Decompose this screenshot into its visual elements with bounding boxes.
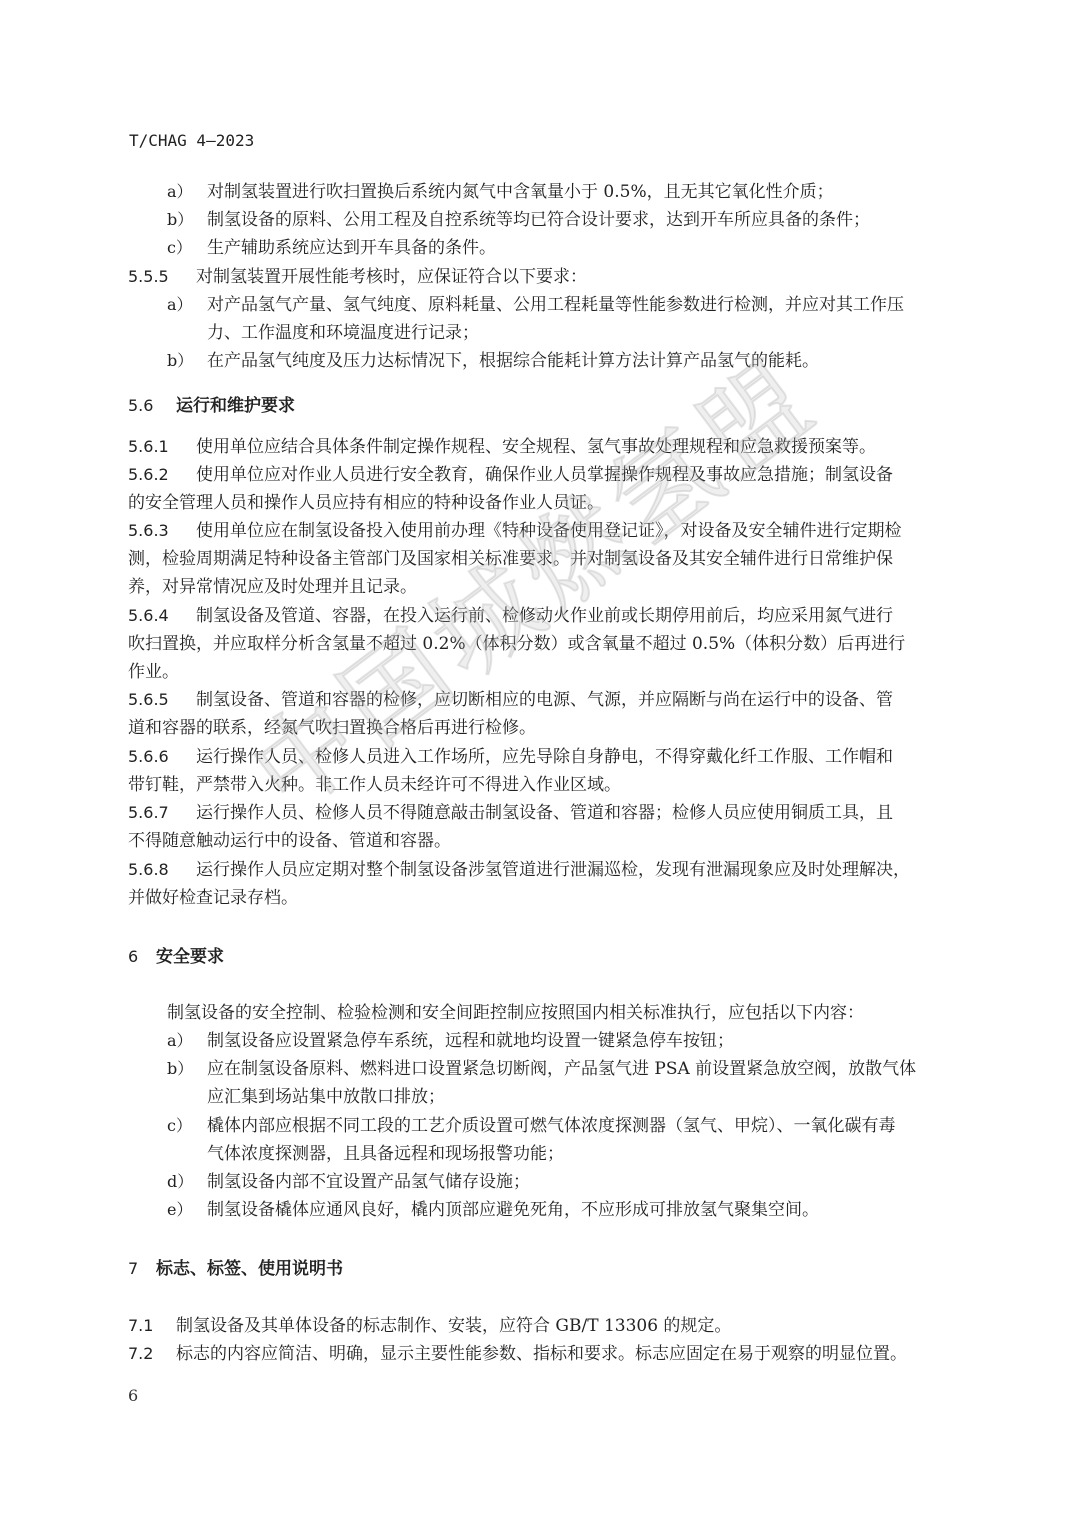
clause-5-6-5: 5.6.5制氢设备、管道和容器的检修，应切断相应的电源、气源，并应隔断与尚在运行… — [128, 690, 893, 710]
clause-text: 对制氢装置开展性能考核时，应保证符合以下要求： — [196, 267, 587, 287]
list-item: a）制氢设备应设置紧急停车系统，远程和就地均设置一键紧急停车按钮； — [167, 1031, 734, 1051]
clause-number: 7.2 — [128, 1344, 176, 1364]
clause-continuation: 作业。 — [128, 662, 179, 682]
section-number: 5.6 — [128, 396, 176, 416]
clause-continuation: 养，对异常情况应及时处理并且记录。 — [128, 577, 417, 597]
list-item: a）对制氢装置进行吹扫置换后系统内氮气中含氧量小于 0.5%，且无其它氧化性介质… — [167, 182, 834, 202]
section-number: 7 — [128, 1259, 156, 1279]
list-marker: b） — [167, 210, 207, 230]
clause-text: 运行操作人员、检修人员进入工作场所，应先导除自身静电，不得穿戴化纤工作服、工作帽… — [196, 747, 893, 767]
list-item-text: 应在制氢设备原料、燃料进口设置紧急切断阀，产品氢气进 PSA 前设置紧急放空阀，… — [207, 1059, 916, 1079]
clause-number: 5.6.8 — [128, 860, 196, 880]
clause-5-5-5: 5.5.5对制氢装置开展性能考核时，应保证符合以下要求： — [128, 267, 587, 287]
list-item: c）橇体内部应根据不同工段的工艺介质设置可燃气体浓度探测器（氢气、甲烷）、一氧化… — [167, 1116, 896, 1136]
list-item-text: 制氢设备应设置紧急停车系统，远程和就地均设置一键紧急停车按钮； — [207, 1031, 734, 1051]
list-item: e）制氢设备橇体应通风良好，橇内顶部应避免死角，不应形成可排放氢气聚集空间。 — [167, 1200, 819, 1220]
clause-number: 5.6.4 — [128, 606, 196, 626]
list-item-text: 制氢设备内部不宜设置产品氢气储存设施； — [207, 1172, 530, 1192]
section-title: 运行和维护要求 — [176, 396, 295, 416]
clause-7-2: 7.2标志的内容应简洁、明确，显示主要性能参数、指标和要求。标志应固定在易于观察… — [128, 1344, 907, 1364]
clause-text: 标志的内容应简洁、明确，显示主要性能参数、指标和要求。标志应固定在易于观察的明显… — [176, 1344, 907, 1364]
list-item-text: 生产辅助系统应达到开车具备的条件。 — [207, 238, 496, 258]
clause-text: 制氢设备及其单体设备的标志制作、安装，应符合 GB/T 13306 的规定。 — [176, 1316, 731, 1336]
clause-continuation: 的安全管理人员和操作人员应持有相应的特种设备作业人员证。 — [128, 493, 604, 513]
list-item: c）生产辅助系统应达到开车具备的条件。 — [167, 238, 496, 258]
clause-5-6-2: 5.6.2使用单位应对作业人员进行安全教育，确保作业人员掌握操作规程及事故应急措… — [128, 465, 893, 485]
list-item-continuation: 应汇集到场站集中放散口排放； — [207, 1087, 445, 1107]
clause-number: 7.1 — [128, 1316, 176, 1336]
list-marker: a） — [167, 182, 207, 202]
list-item: b）制氢设备的原料、公用工程及自控系统等均已符合设计要求，达到开车所应具备的条件… — [167, 210, 870, 230]
clause-text: 制氢设备及管道、容器，在投入运行前、检修动火作业前或长期停用前后，均应采用氮气进… — [196, 606, 893, 626]
section-intro: 制氢设备的安全控制、检验检测和安全间距控制应按照国内相关标准执行，应包括以下内容… — [167, 1003, 864, 1023]
clause-text: 运行操作人员、检修人员不得随意敲击制氢设备、管道和容器；检修人员应使用铜质工具，… — [196, 803, 893, 823]
section-heading-6: 6安全要求 — [128, 947, 224, 967]
clause-number: 5.5.5 — [128, 267, 196, 287]
list-item-text: 在产品氢气纯度及压力达标情况下，根据综合能耗计算方法计算产品氢气的能耗。 — [207, 351, 819, 371]
clause-continuation: 不得随意触动运行中的设备、管道和容器。 — [128, 831, 451, 851]
clause-number: 5.6.7 — [128, 803, 196, 823]
clause-5-6-4: 5.6.4制氢设备及管道、容器，在投入运行前、检修动火作业前或长期停用前后，均应… — [128, 606, 893, 626]
clause-number: 5.6.2 — [128, 465, 196, 485]
page-number: 6 — [128, 1386, 138, 1405]
clause-number: 5.6.1 — [128, 437, 196, 457]
section-title: 安全要求 — [156, 947, 224, 967]
list-item-text: 制氢设备橇体应通风良好，橇内顶部应避免死角，不应形成可排放氢气聚集空间。 — [207, 1200, 819, 1220]
clause-continuation: 道和容器的联系，经氮气吹扫置换合格后再进行检修。 — [128, 718, 536, 738]
section-heading-5-6: 5.6运行和维护要求 — [128, 396, 295, 416]
section-heading-7: 7标志、标签、使用说明书 — [128, 1259, 343, 1279]
list-item-text: 橇体内部应根据不同工段的工艺介质设置可燃气体浓度探测器（氢气、甲烷）、一氧化碳有… — [207, 1116, 896, 1136]
list-marker: a） — [167, 295, 207, 315]
list-item: b）应在制氢设备原料、燃料进口设置紧急切断阀，产品氢气进 PSA 前设置紧急放空… — [167, 1059, 916, 1079]
list-item-text: 制氢设备的原料、公用工程及自控系统等均已符合设计要求，达到开车所应具备的条件； — [207, 210, 870, 230]
list-item: d）制氢设备内部不宜设置产品氢气储存设施； — [167, 1172, 530, 1192]
list-marker: b） — [167, 351, 207, 371]
clause-5-6-3: 5.6.3使用单位应在制氢设备投入使用前办理《特种设备使用登记证》，对设备及安全… — [128, 521, 902, 541]
standard-id-header: T/CHAG 4—2023 — [129, 131, 254, 150]
list-item: b）在产品氢气纯度及压力达标情况下，根据综合能耗计算方法计算产品氢气的能耗。 — [167, 351, 819, 371]
document-page: T/CHAG 4—2023 a）对制氢装置进行吹扫置换后系统内氮气中含氧量小于 … — [0, 0, 1080, 1528]
list-item: a）对产品氢气产量、氢气纯度、原料耗量、公用工程耗量等性能参数进行检测，并应对其… — [167, 295, 904, 315]
section-number: 6 — [128, 947, 156, 967]
list-marker: a） — [167, 1031, 207, 1051]
list-marker: e） — [167, 1200, 207, 1220]
list-item-text: 对产品氢气产量、氢气纯度、原料耗量、公用工程耗量等性能参数进行检测，并应对其工作… — [207, 295, 904, 315]
clause-text: 使用单位应在制氢设备投入使用前办理《特种设备使用登记证》，对设备及安全辅件进行定… — [196, 521, 902, 541]
clause-5-6-7: 5.6.7运行操作人员、检修人员不得随意敲击制氢设备、管道和容器；检修人员应使用… — [128, 803, 893, 823]
clause-7-1: 7.1制氢设备及其单体设备的标志制作、安装，应符合 GB/T 13306 的规定… — [128, 1316, 731, 1336]
clause-text: 使用单位应结合具体条件制定操作规程、安全规程、氢气事故处理规程和应急救援预案等。 — [196, 437, 876, 457]
clause-5-6-1: 5.6.1使用单位应结合具体条件制定操作规程、安全规程、氢气事故处理规程和应急救… — [128, 437, 876, 457]
clause-5-6-8: 5.6.8运行操作人员应定期对整个制氢设备涉氢管道进行泄漏巡检，发现有泄漏现象应… — [128, 860, 910, 880]
clause-text: 使用单位应对作业人员进行安全教育，确保作业人员掌握操作规程及事故应急措施；制氢设… — [196, 465, 893, 485]
list-item-continuation: 力、工作温度和环境温度进行记录； — [207, 323, 479, 343]
clause-continuation: 吹扫置换，并应取样分析含氢量不超过 0.2%（体积分数）或含氧量不超过 0.5%… — [128, 634, 905, 654]
list-marker: c） — [167, 238, 207, 258]
clause-text: 运行操作人员应定期对整个制氢设备涉氢管道进行泄漏巡检，发现有泄漏现象应及时处理解… — [196, 860, 910, 880]
clause-continuation: 带钉鞋，严禁带入火种。非工作人员未经许可不得进入作业区域。 — [128, 775, 621, 795]
clause-number: 5.6.6 — [128, 747, 196, 767]
list-item-continuation: 气体浓度探测器，且具备远程和现场报警功能； — [207, 1144, 564, 1164]
clause-number: 5.6.3 — [128, 521, 196, 541]
clause-5-6-6: 5.6.6运行操作人员、检修人员进入工作场所，应先导除自身静电，不得穿戴化纤工作… — [128, 747, 893, 767]
clause-text: 制氢设备、管道和容器的检修，应切断相应的电源、气源，并应隔断与尚在运行中的设备、… — [196, 690, 893, 710]
section-title: 标志、标签、使用说明书 — [156, 1259, 343, 1279]
list-item-text: 对制氢装置进行吹扫置换后系统内氮气中含氧量小于 0.5%，且无其它氧化性介质； — [207, 182, 834, 202]
clause-number: 5.6.5 — [128, 690, 196, 710]
list-marker: b） — [167, 1059, 207, 1079]
clause-continuation: 并做好检查记录存档。 — [128, 888, 298, 908]
list-marker: d） — [167, 1172, 207, 1192]
clause-continuation: 测，检验周期满足特种设备主管部门及国家相关标准要求。并对制氢设备及其安全辅件进行… — [128, 549, 893, 569]
list-marker: c） — [167, 1116, 207, 1136]
